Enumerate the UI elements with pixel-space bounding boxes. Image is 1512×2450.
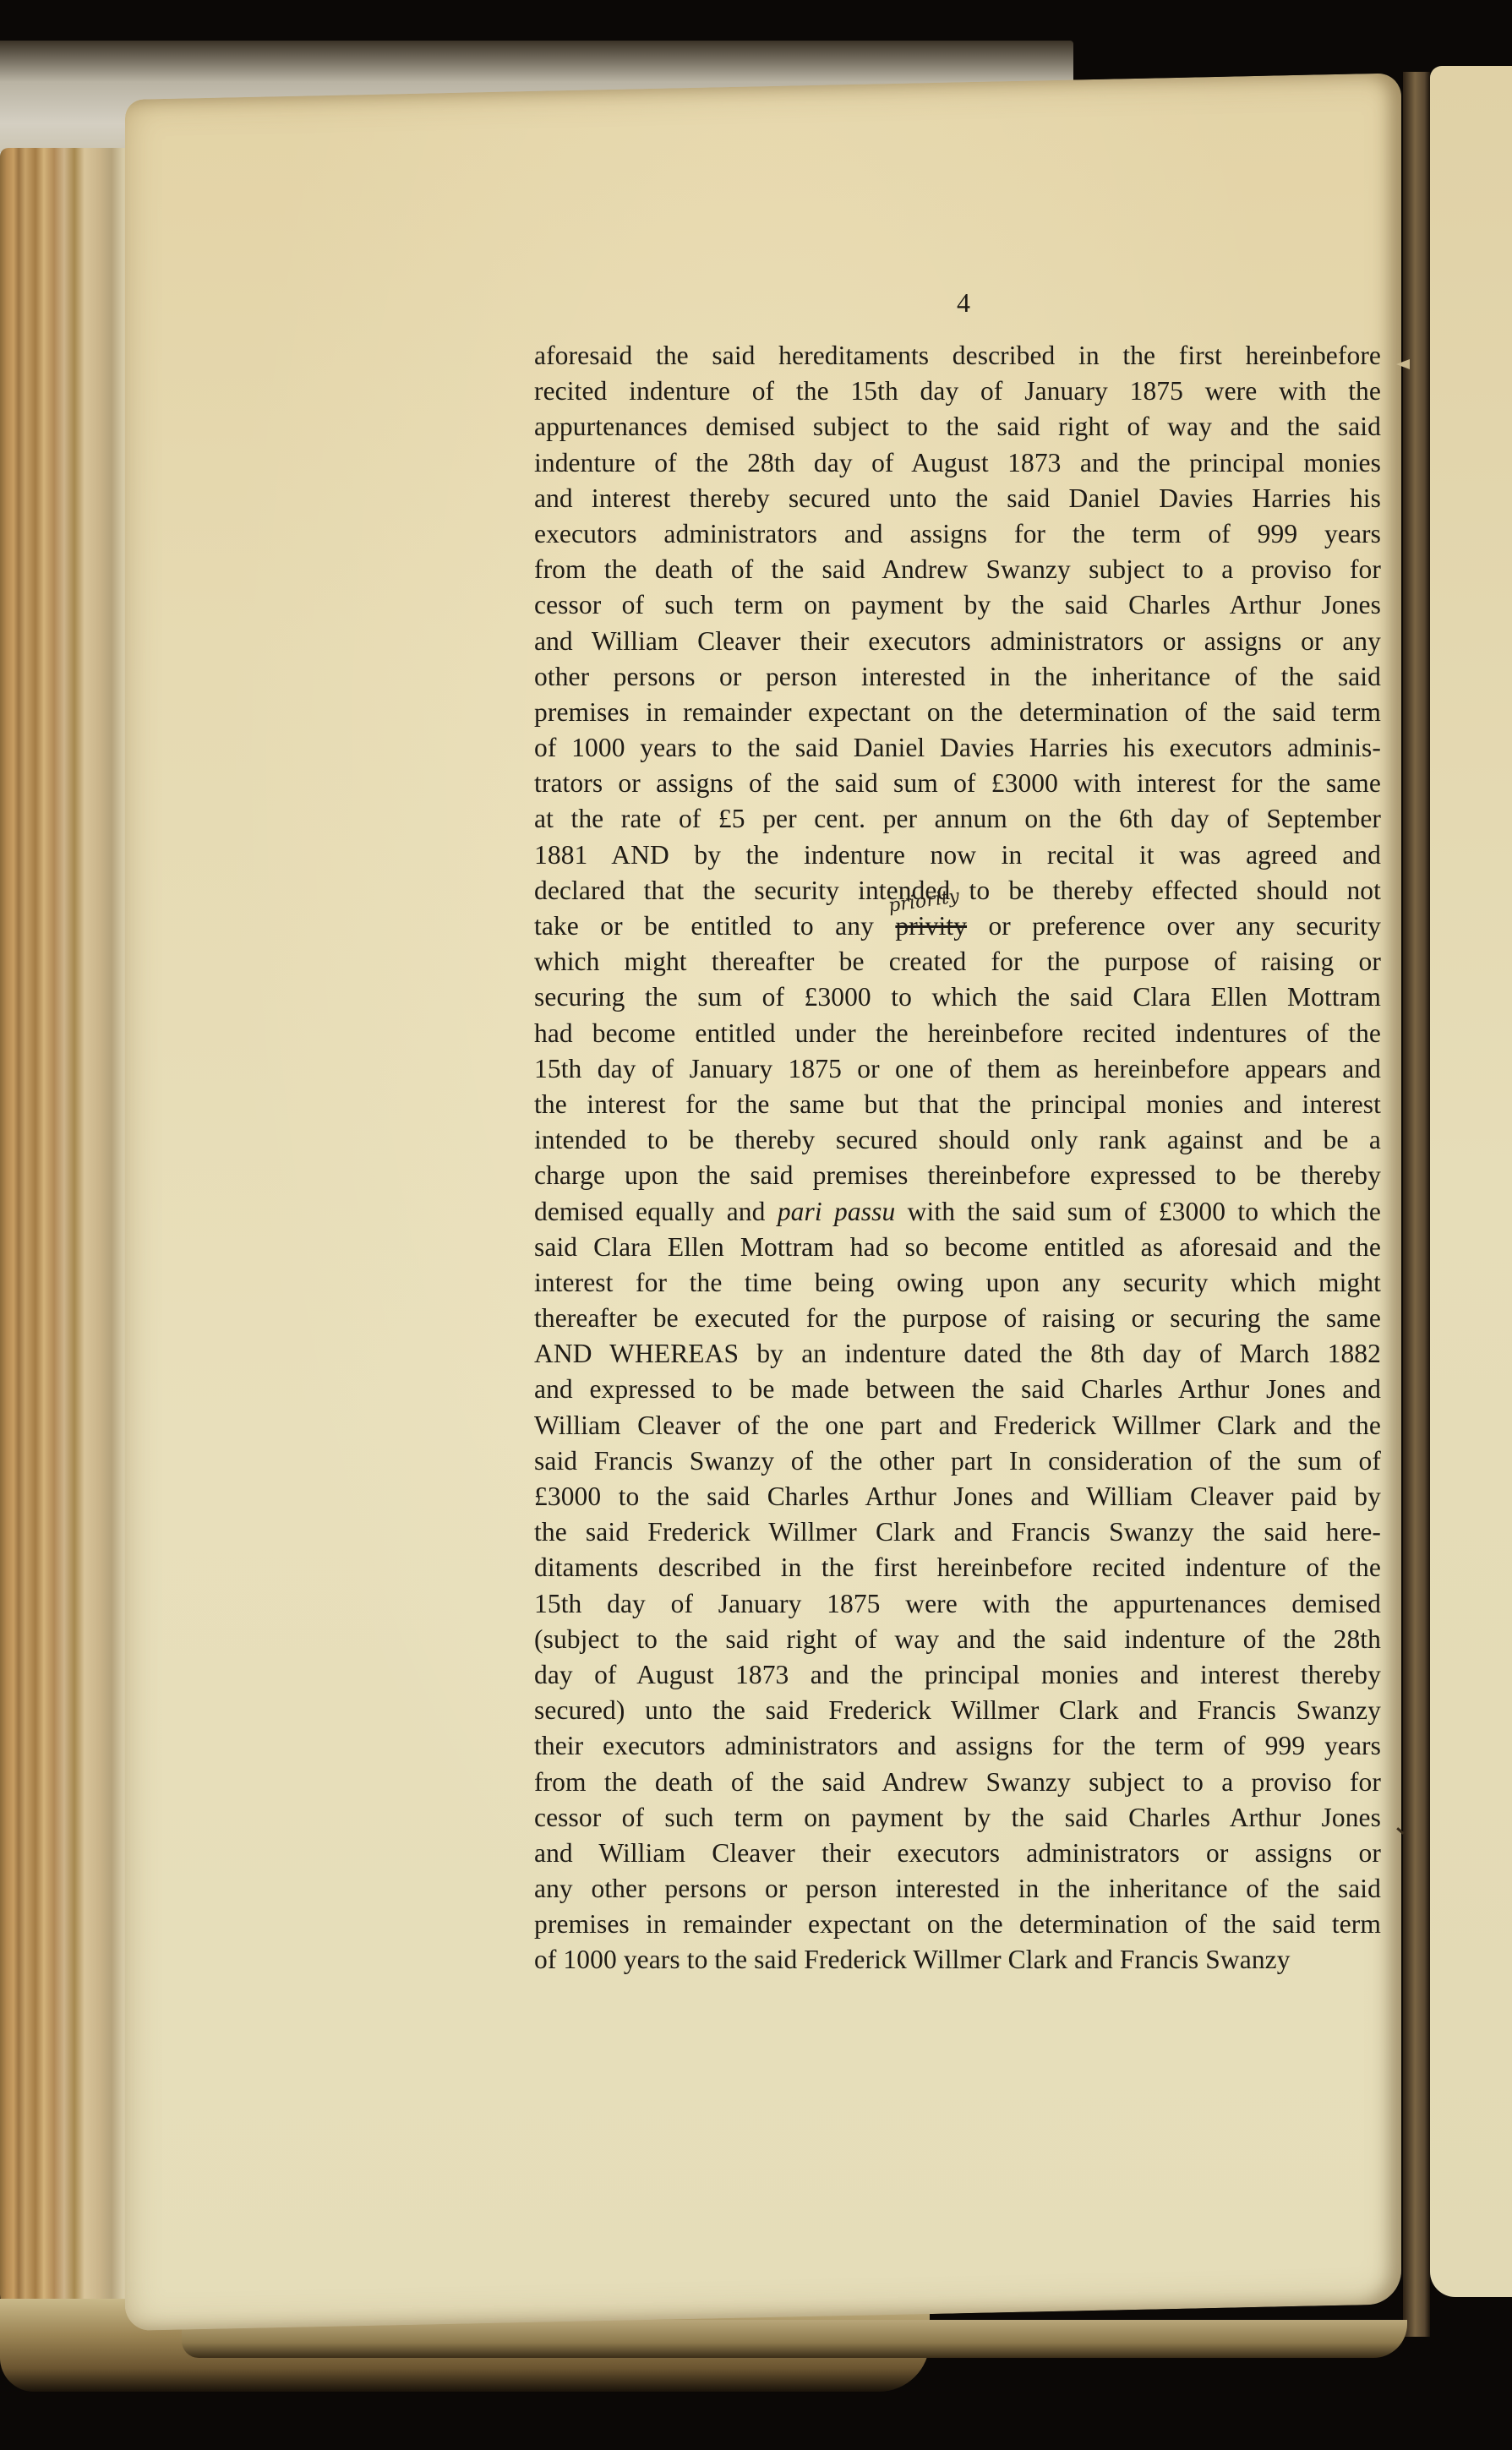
text-line: demised equally and pari passu with the …: [534, 1194, 1381, 1230]
text-line: premises in remainder expectant on the d…: [534, 695, 1381, 730]
text-line: and interest thereby secured unto the sa…: [534, 481, 1381, 516]
bleed-through-text: [262, 363, 507, 803]
text-line: the said Frederick Willmer Clark and Fra…: [534, 1514, 1381, 1550]
text-line: £3000 to the said Charles Arthur Jones a…: [534, 1479, 1381, 1514]
text-line: 1881 AND by the indenture now in recital…: [534, 838, 1381, 873]
text-line: said Clara Ellen Mottram had so become e…: [534, 1230, 1381, 1265]
text-line: aforesaid the said hereditaments describ…: [534, 338, 1381, 374]
text-line: said Francis Swanzy of the other part In…: [534, 1443, 1381, 1479]
text-line: day of August 1873 and the principal mon…: [534, 1657, 1381, 1693]
text-line: indenture of the 28th day of August 1873…: [534, 445, 1381, 481]
text-line: premises in remainder expectant on the d…: [534, 1907, 1381, 1942]
text-line: executors administrators and assigns for…: [534, 516, 1381, 552]
text-line: AND WHEREAS by an indenture dated the 8t…: [534, 1336, 1381, 1372]
text-line: cessor of such term on payment by the sa…: [534, 587, 1381, 623]
text-line: the interest for the same but that the p…: [534, 1087, 1381, 1122]
text-line: appurtenances demised subject to the sai…: [534, 409, 1381, 445]
text-line: and William Cleaver their executors admi…: [534, 624, 1381, 659]
text-line: ditaments described in the first hereinb…: [534, 1550, 1381, 1585]
page-stack-fore-edge: [0, 148, 135, 2311]
text-line: any other persons or person interested i…: [534, 1871, 1381, 1907]
text-line: had become entitled under the hereinbefo…: [534, 1016, 1381, 1051]
text-line: William Cleaver of the one part and Fred…: [534, 1408, 1381, 1443]
text-line: securing the sum of £3000 to which the s…: [534, 979, 1381, 1015]
book-gutter: [1403, 72, 1430, 2337]
text-line: at the rate of £5 per cent. per annum on…: [534, 801, 1381, 837]
text-line: charge upon the said premises thereinbef…: [534, 1158, 1381, 1193]
facing-page-edge: [1430, 66, 1512, 2297]
text-line: (subject to the said right of way and th…: [534, 1622, 1381, 1657]
text-line: recited indenture of the 15th day of Jan…: [534, 374, 1381, 409]
text-line: trators or assigns of the said sum of £3…: [534, 766, 1381, 801]
page-number: 4: [947, 287, 980, 319]
struck-word: privitypriority: [895, 911, 967, 941]
text-line: of 1000 years to the said Frederick Will…: [534, 1942, 1381, 1978]
text-line: from the death of the said Andrew Swanzy…: [534, 552, 1381, 587]
text-line: of 1000 years to the said Daniel Davies …: [534, 730, 1381, 766]
text-line: 15th day of January 1875 were with the a…: [534, 1586, 1381, 1622]
text-line: and expressed to be made between the sai…: [534, 1372, 1381, 1407]
text-line: from the death of the said Andrew Swanzy…: [534, 1765, 1381, 1800]
text-line: intended to be thereby secured should on…: [534, 1122, 1381, 1158]
text-line: thereafter be executed for the purpose o…: [534, 1301, 1381, 1336]
italic-phrase: pari passu: [778, 1197, 896, 1226]
text-line: other persons or person interested in th…: [534, 659, 1381, 695]
text-line: take or be entitled to any privitypriori…: [534, 909, 1381, 944]
text-line: 15th day of January 1875 or one of them …: [534, 1051, 1381, 1087]
text-line: which might thereafter be created for th…: [534, 944, 1381, 979]
text-line: cessor of such term on payment by the sa…: [534, 1800, 1381, 1836]
text-line: secured) unto the said Frederick Willmer…: [534, 1693, 1381, 1728]
text-line: their executors administrators and assig…: [534, 1728, 1381, 1764]
text-line: and William Cleaver their executors admi…: [534, 1836, 1381, 1871]
text-line: interest for the time being owing upon a…: [534, 1265, 1381, 1301]
body-text: aforesaid the said hereditaments describ…: [534, 338, 1381, 1978]
